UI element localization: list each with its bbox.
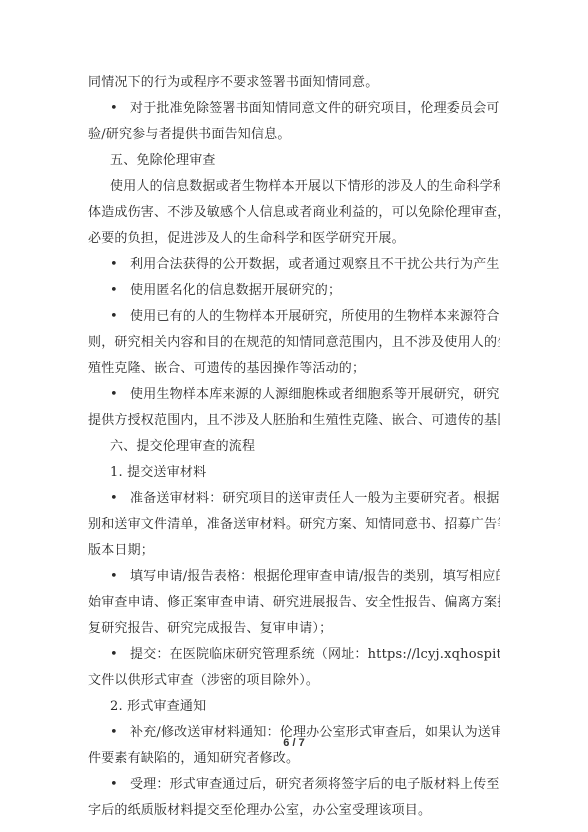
text-line: 别和送审文件清单，准备送审材料。研究方案、知情同意书、招募广告等应当注明版本号和: [88, 512, 500, 538]
text-line: 体造成伤害、不涉及敏感个人信息或者商业利益的，可以免除伦理审查，以减少科研人员不: [88, 200, 500, 226]
bullet-icon: •: [110, 772, 130, 798]
bullet-line: •填写申请/报告表格：根据伦理审查申请/报告的类别，填写相应的“申请/报告”（初: [88, 564, 500, 590]
bullet-line: •受理：形式审查通过后，研究者须将签字后的电子版材料上传至网络系统，并将签: [88, 772, 500, 798]
bullet-line: •使用已有的人的生物样本开展研究，所使用的生物样本来源符合相关法规和伦理原: [88, 304, 500, 330]
bullet-line: •对于批准免除签署书面知情同意文件的研究项目，伦理委员会可以要求研究者向试: [88, 96, 500, 122]
text-line: 同情况下的行为或程序不要求签署书面知情同意。: [88, 70, 500, 96]
bullet-text: 受理：形式审查通过后，研究者须将签字后的电子版材料上传至网络系统，并将签: [130, 777, 500, 792]
page-number: 6 / 7: [0, 737, 588, 749]
bullet-icon: •: [110, 642, 130, 668]
bullet-icon: •: [110, 564, 130, 590]
section-heading: 五、免除伦理审查: [88, 148, 500, 174]
bullet-line: •使用生物样本库来源的人源细胞株或者细胞系等开展研究，研究相关内容和目的在: [88, 382, 500, 408]
bullet-line: •利用合法获得的公开数据，或者通过观察且不干扰公共行为产生的数据进行研究的；: [88, 252, 500, 278]
bullet-icon: •: [110, 252, 130, 278]
bullet-line: •提交：在医院临床研究管理系统（网址：https://lcyj.xqhospit…: [88, 642, 500, 668]
text-line: 必要的负担，促进涉及人的生命科学和医学研究开展。: [88, 226, 500, 252]
bullet-text: 准备送审材料：研究项目的送审责任人一般为主要研究者。根据伦理委员会送审类: [130, 491, 500, 506]
bullet-text: 使用匿名化的信息数据开展研究的；: [130, 283, 341, 298]
text-line: 殖性克隆、嵌合、可遗传的基因操作等活动的；: [88, 356, 500, 382]
text-line: 始审查申请、修正案审查申请、研究进展报告、安全性报告、偏离方案报告、终止/暂停/…: [88, 590, 500, 616]
bullet-icon: •: [110, 486, 130, 512]
bullet-icon: •: [110, 382, 130, 408]
text-line: 版本日期；: [88, 538, 500, 564]
bullet-text: 对于批准免除签署书面知情同意文件的研究项目，伦理委员会可以要求研究者向试: [130, 101, 500, 116]
bullet-text: 填写申请/报告表格：根据伦理审查申请/报告的类别，填写相应的“申请/报告”（初: [130, 569, 500, 584]
text-line: 提供方授权范围内，且不涉及人胚胎和生殖性克隆、嵌合、可遗传的基因操作等活动的。: [88, 408, 500, 434]
subsection-heading: 2. 形式审查通知: [88, 694, 500, 720]
text-line: 文件以供形式审查（涉密的项目除外）。: [88, 668, 500, 694]
document-page: 同情况下的行为或程序不要求签署书面知情同意。 •对于批准免除签署书面知情同意文件…: [88, 70, 500, 824]
bullet-text: 使用生物样本库来源的人源细胞株或者细胞系等开展研究，研究相关内容和目的在: [130, 387, 500, 402]
bullet-line: •准备送审材料：研究项目的送审责任人一般为主要研究者。根据伦理委员会送审类: [88, 486, 500, 512]
text-line: 件要素有缺陷的，通知研究者修改。: [88, 746, 500, 772]
bullet-icon: •: [110, 304, 130, 330]
text-line: 复研究报告、研究完成报告、复审申请）；: [88, 616, 500, 642]
text-line: 验/研究参与者提供书面告知信息。: [88, 122, 500, 148]
bullet-icon: •: [110, 96, 130, 122]
bullet-icon: •: [110, 278, 130, 304]
subsection-heading: 1. 提交送审材料: [88, 460, 500, 486]
paragraph-line: 使用人的信息数据或者生物样本开展以下情形的涉及人的生命科学和医学研究，不对人: [88, 174, 500, 200]
text-line: 则，研究相关内容和目的在规范的知情同意范围内，且不涉及使用人的生殖细胞、胚胎和生: [88, 330, 500, 356]
bullet-text: 使用已有的人的生物样本开展研究，所使用的生物样本来源符合相关法规和伦理原: [130, 309, 500, 324]
section-heading: 六、提交伦理审查的流程: [88, 434, 500, 460]
bullet-line: •使用匿名化的信息数据开展研究的；: [88, 278, 500, 304]
bullet-text: 利用合法获得的公开数据，或者通过观察且不干扰公共行为产生的数据进行研究的；: [130, 257, 500, 272]
bullet-text: 提交：在医院临床研究管理系统（网址：https://lcyj.xqhospita…: [130, 647, 500, 662]
text-line: 字后的纸质版材料提交至伦理办公室，办公室受理该项目。: [88, 798, 500, 824]
